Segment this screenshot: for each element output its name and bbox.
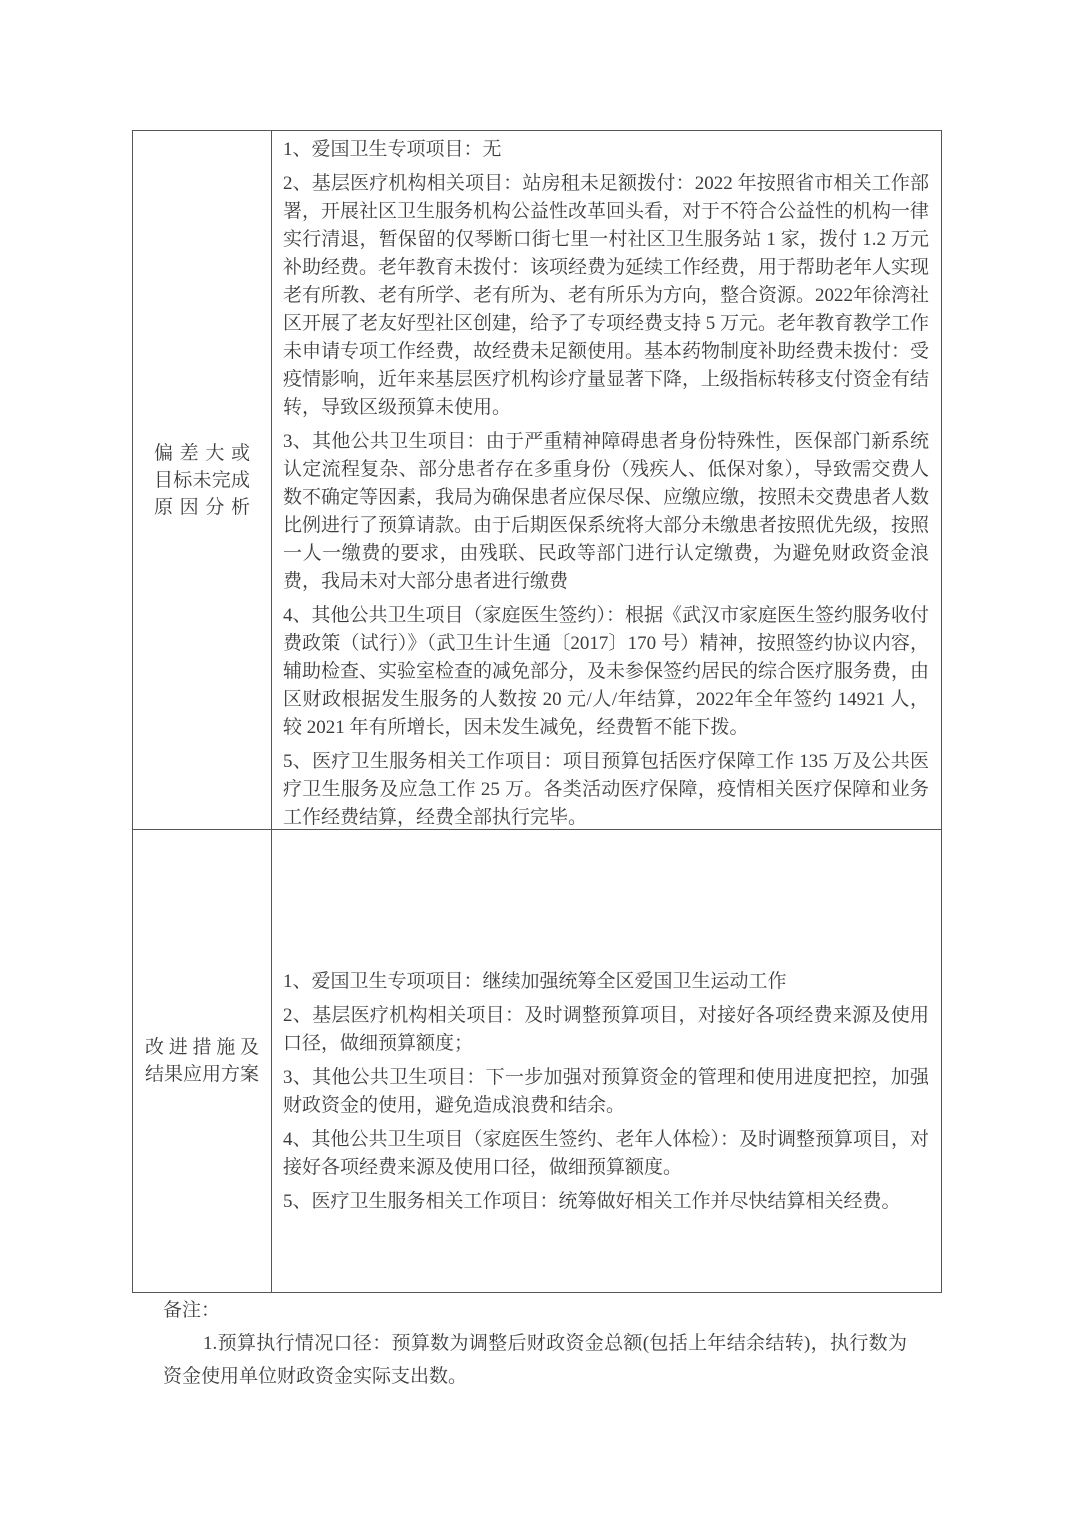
measure-item-3: 3、其他公共卫生项目：下一步加强对预算资金的管理和使用进度把控，加强财政资金的使…	[283, 1064, 929, 1120]
footnote-section: 备注： 1.预算执行情况口径：预算数为调整后财政资金总额(包括上年结余结转)，执…	[163, 1294, 907, 1393]
table-row-deviation-analysis: 偏差大或 目标未完成 原因分析 1、爱国卫生专项项目：无 2、基层医疗机构相关项…	[133, 131, 941, 829]
row-header-label: 改进措施及 结果应用方案	[145, 1034, 259, 1088]
improvement-measures-content: 1、爱国卫生专项项目：继续加强统筹全区爱国卫生运动工作 2、基层医疗机构相关项目…	[272, 830, 941, 1292]
measure-item-4: 4、其他公共卫生项目（家庭医生签约、老年人体检）：及时调整预算项目，对接好各项经…	[283, 1126, 929, 1182]
row-header-line: 原因分析	[154, 494, 250, 521]
measure-item-2: 2、基层医疗机构相关项目：及时调整预算项目，对接好各项经费来源及使用口径，做细预…	[283, 1002, 929, 1058]
row-header-improvement-measures: 改进措施及 结果应用方案	[133, 830, 272, 1292]
row-header-line: 改进措施及	[145, 1034, 259, 1061]
row-header-line: 结果应用方案	[145, 1061, 259, 1088]
analysis-item-2: 2、基层医疗机构相关项目：站房租未足额拨付：2022 年按照省市相关工作部署，开…	[283, 170, 929, 422]
footnote-item-1: 1.预算执行情况口径：预算数为调整后财政资金总额(包括上年结余结转)，执行数为资…	[163, 1327, 907, 1393]
table-row-improvement-measures: 改进措施及 结果应用方案 1、爱国卫生专项项目：继续加强统筹全区爱国卫生运动工作…	[133, 829, 941, 1292]
performance-report-table: 偏差大或 目标未完成 原因分析 1、爱国卫生专项项目：无 2、基层医疗机构相关项…	[132, 130, 942, 1293]
analysis-item-4: 4、其他公共卫生项目（家庭医生签约）：根据《武汉市家庭医生签约服务收付费政策（试…	[283, 602, 929, 742]
measure-item-1: 1、爱国卫生专项项目：继续加强统筹全区爱国卫生运动工作	[283, 968, 929, 996]
row-header-line: 偏差大或	[154, 440, 250, 467]
deviation-analysis-content: 1、爱国卫生专项项目：无 2、基层医疗机构相关项目：站房租未足额拨付：2022 …	[272, 131, 941, 829]
analysis-item-3: 3、其他公共卫生项目：由于严重精神障碍患者身份特殊性，医保部门新系统认定流程复杂…	[283, 428, 929, 596]
row-header-label: 偏差大或 目标未完成 原因分析	[154, 440, 250, 521]
row-header-deviation-analysis: 偏差大或 目标未完成 原因分析	[133, 131, 272, 829]
measure-item-5: 5、医疗卫生服务相关工作项目：统筹做好相关工作并尽快结算相关经费。	[283, 1188, 929, 1216]
row-header-line: 目标未完成	[154, 467, 250, 494]
analysis-item-1: 1、爱国卫生专项项目：无	[283, 136, 929, 164]
document-page: 偏差大或 目标未完成 原因分析 1、爱国卫生专项项目：无 2、基层医疗机构相关项…	[0, 0, 1075, 1521]
footnote-heading: 备注：	[163, 1294, 907, 1327]
analysis-item-5: 5、医疗卫生服务相关工作项目：项目预算包括医疗保障工作 135 万及公共医疗卫生…	[283, 748, 929, 829]
